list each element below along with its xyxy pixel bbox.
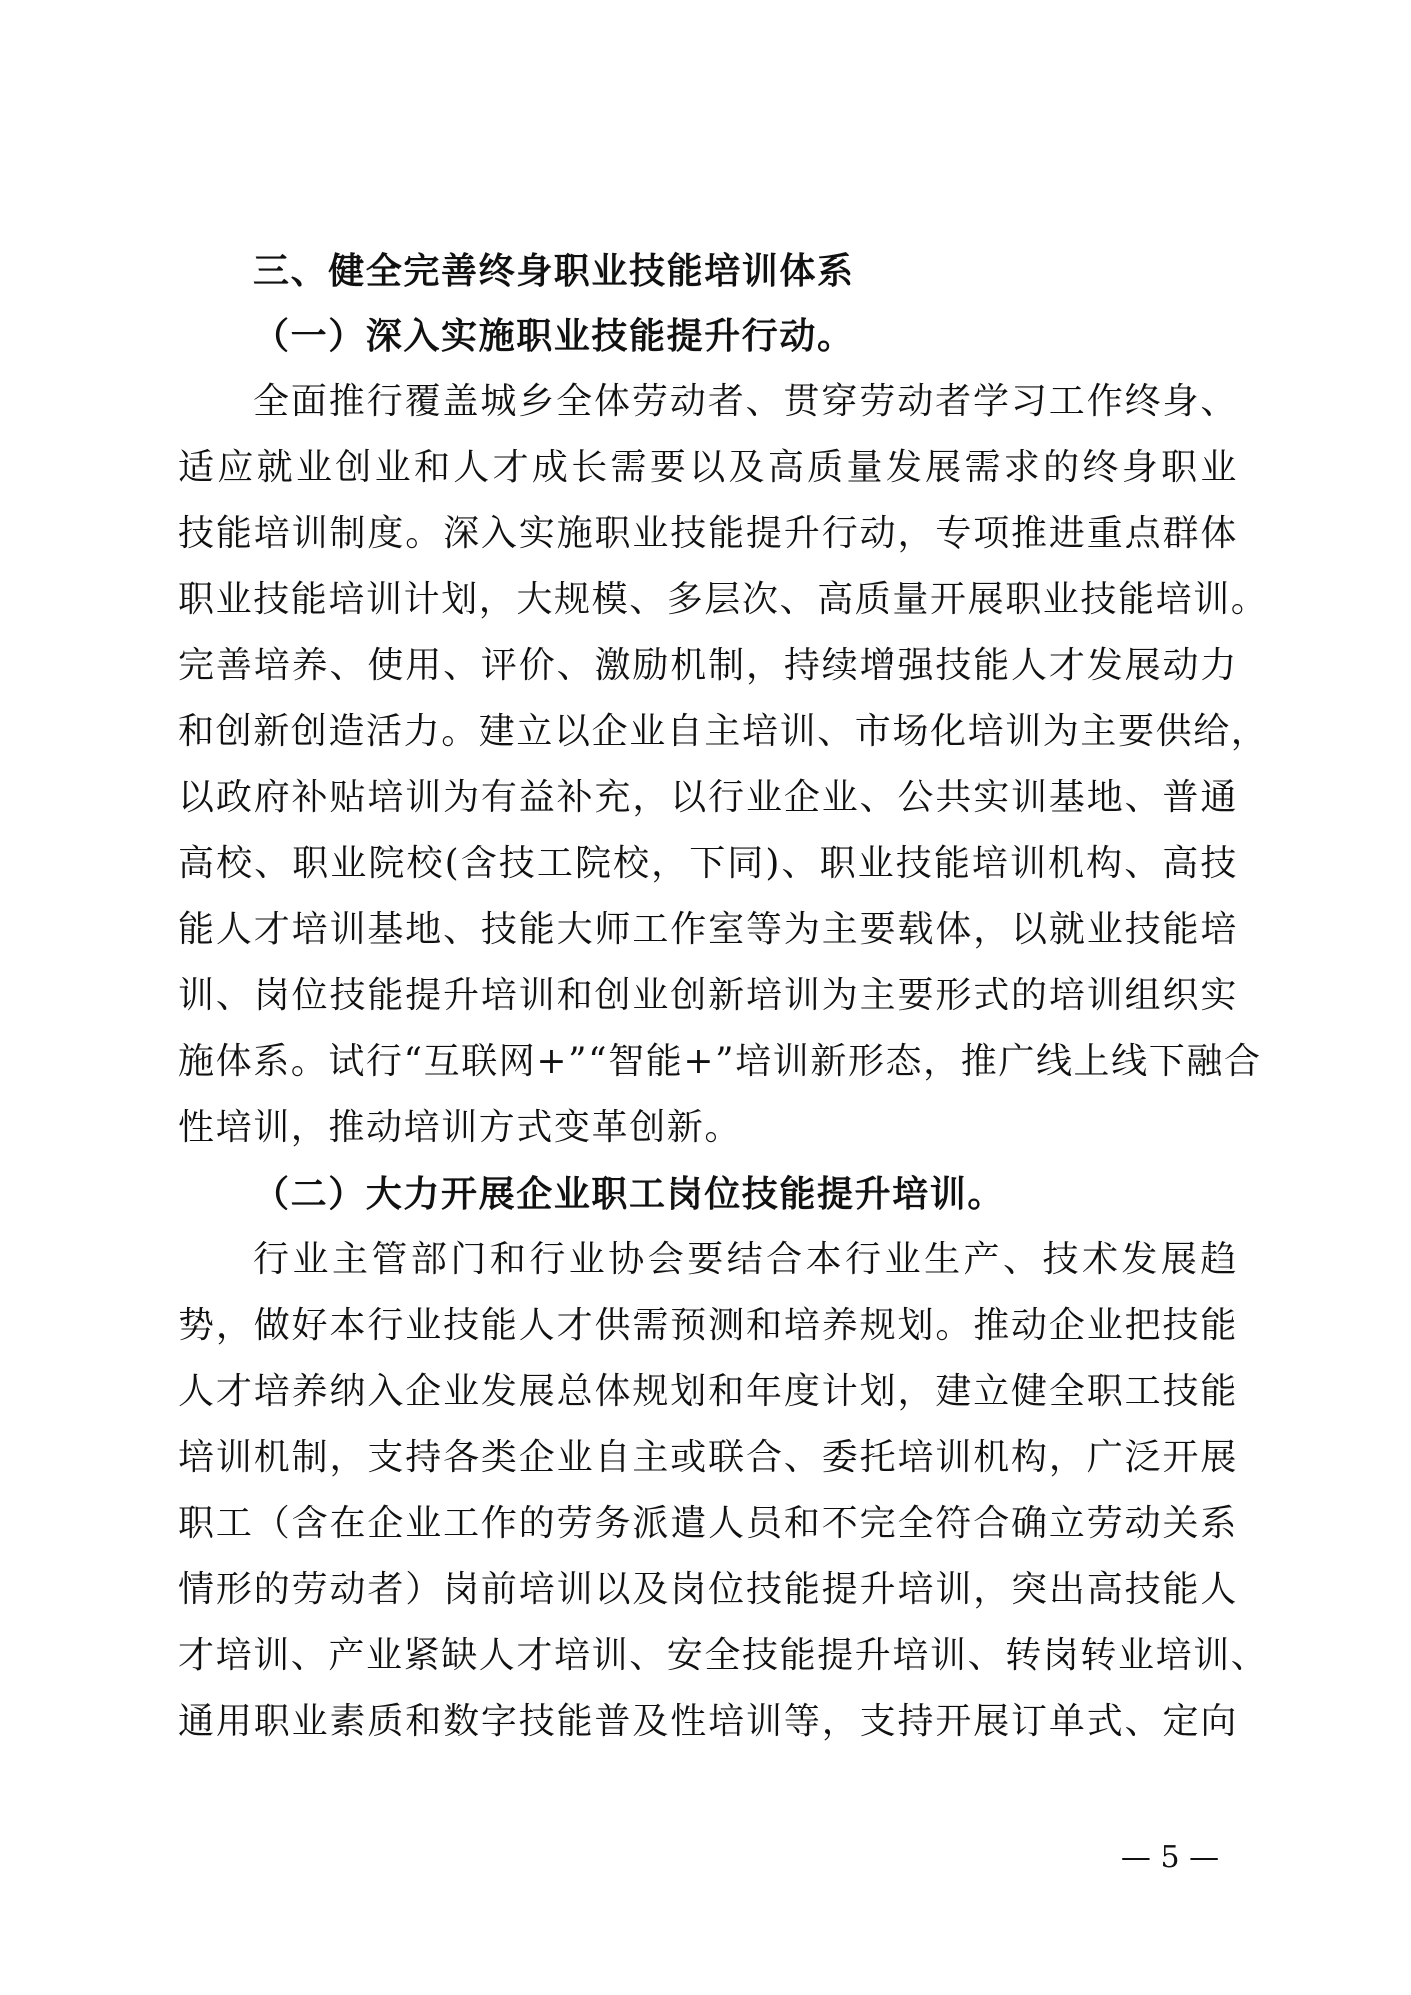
paragraph-line: 全面推行覆盖城乡全体劳动者、贯穿劳动者学习工作终身、 [253,378,1238,426]
subsection-title-2: （二）大力开展企业职工岗位技能提升培训。 [253,1170,1313,1218]
paragraph-line: 行业主管部门和行业协会要结合本行业生产、技术发展趋 [253,1236,1238,1284]
paragraph-line: 技能培训制度。深入实施职业技能提升行动，专项推进重点群体 [178,510,1238,558]
section-title: 三、健全完善终身职业技能培训体系 [253,248,1313,296]
page-number: — 5 — [1110,1838,1230,1878]
paragraph-line: 性培训，推动培训方式变革创新。 [178,1104,1238,1152]
paragraph-line: 施体系。试行“互联网+”“智能+”培训新形态，推广线上线下融合 [178,1038,1238,1086]
paragraph-line: 适应就业创业和人才成长需要以及高质量发展需求的终身职业 [178,444,1238,492]
paragraph-line: 职业技能培训计划，大规模、多层次、高质量开展职业技能培训。 [178,576,1238,624]
paragraph-line: 训、岗位技能提升培训和创业创新培训为主要形式的培训组织实 [178,972,1238,1020]
paragraph-line: 人才培养纳入企业发展总体规划和年度计划，建立健全职工技能 [178,1368,1238,1416]
paragraph-line: 和创新创造活力。建立以企业自主培训、市场化培训为主要供给， [178,708,1238,756]
paragraph-line: 完善培养、使用、评价、激励机制，持续增强技能人才发展动力 [178,642,1238,690]
paragraph-line: 职工（含在企业工作的劳务派遣人员和不完全符合确立劳动关系 [178,1500,1238,1548]
paragraph-line: 才培训、产业紧缺人才培训、安全技能提升培训、转岗转业培训、 [178,1632,1238,1680]
subsection-title-1: （一）深入实施职业技能提升行动。 [253,312,1313,360]
paragraph-line: 高校、职业院校(含技工院校，下同)、职业技能培训机构、高技 [178,840,1238,888]
paragraph-line: 以政府补贴培训为有益补充，以行业企业、公共实训基地、普通 [178,774,1238,822]
paragraph-line: 通用职业素质和数字技能普及性培训等，支持开展订单式、定向 [178,1698,1238,1746]
paragraph-line: 培训机制，支持各类企业自主或联合、委托培训机构，广泛开展 [178,1434,1238,1482]
paragraph-line: 势，做好本行业技能人才供需预测和培养规划。推动企业把技能 [178,1302,1238,1350]
paragraph-line: 能人才培训基地、技能大师工作室等为主要载体，以就业技能培 [178,906,1238,954]
paragraph-line: 情形的劳动者）岗前培训以及岗位技能提升培训，突出高技能人 [178,1566,1238,1614]
document-page: 三、健全完善终身职业技能培训体系 （一）深入实施职业技能提升行动。 全面推行覆盖… [0,0,1411,1995]
